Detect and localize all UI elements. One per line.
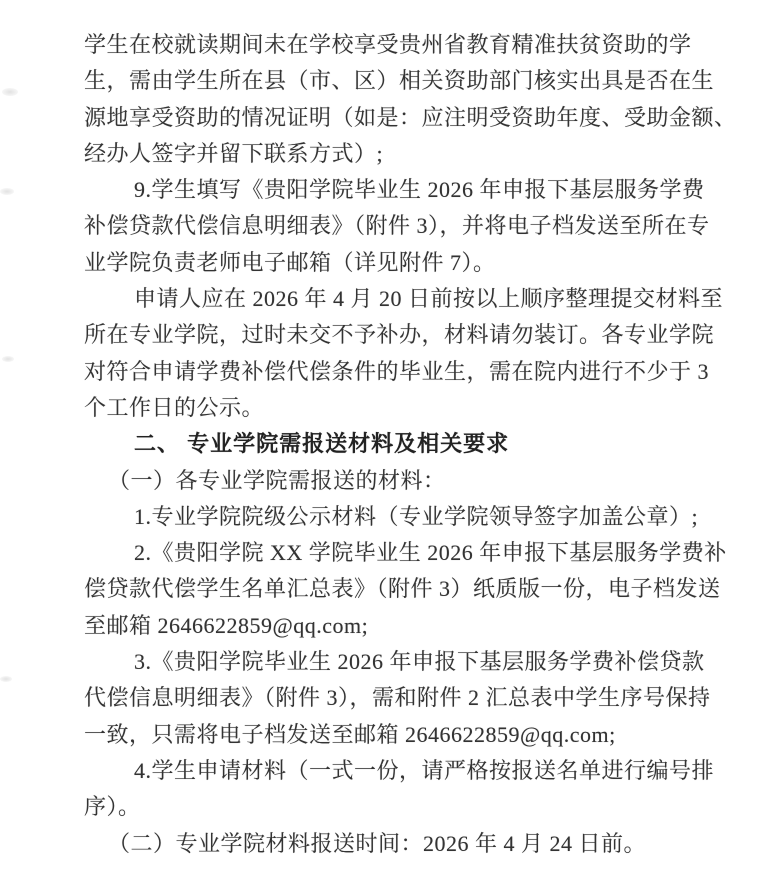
text-line: 学生在校就读期间未在学校享受贵州省教育精准扶贫资助的学 — [84, 27, 696, 63]
text-line: 个工作日的公示。 — [84, 390, 696, 426]
text-line: 偿贷款代偿学生名单汇总表》（附件 3）纸质版一份，电子档发送 — [84, 571, 696, 607]
email-line: 一致，只需将电子档发送至邮箱 2646622859@qq.com; — [84, 717, 696, 753]
list-item-2-start: 2.《贵阳学院 XX 学院毕业生 2026 年申报下基层服务学费补 — [84, 535, 696, 571]
scan-artifact — [0, 188, 14, 195]
text-line: 生，需由学生所在县（市、区）相关资助部门核实出具是否在生 — [84, 63, 696, 99]
email-line: 至邮箱 2646622859@qq.com; — [84, 608, 696, 644]
list-item-3-start: 3.《贵阳学院毕业生 2026 年申报下基层服务学费补偿贷款 — [84, 644, 696, 680]
list-item-1-start: 1.专业学院院级公示材料（专业学院领导签字加盖公章）; — [84, 499, 696, 535]
text-line: 业学院负责老师电子邮箱（详见附件 7）。 — [84, 245, 696, 281]
section-heading: 二、 专业学院需报送材料及相关要求 — [84, 426, 696, 462]
text-line: 源地享受资助的情况证明（如是：应注明受资助年度、受助金额、 — [84, 100, 696, 136]
subsection-2-start: （二）专业学院材料报送时间：2026 年 4 月 24 日前。 — [84, 826, 696, 862]
scan-artifact — [2, 88, 18, 96]
subsection-1-start: （一）各专业学院需报送的材料： — [84, 463, 696, 499]
text-line: 代偿信息明细表》（附件 3），需和附件 2 汇总表中学生序号保持 — [84, 680, 696, 716]
text-line: 对符合申请学费补偿代偿条件的毕业生，需在院内进行不少于 3 — [84, 354, 696, 390]
text-line: 经办人签字并留下联系方式）; — [84, 136, 696, 172]
list-item-4-start: 4.学生申请材料（一式一份，请严格按报送名单进行编号排 — [84, 753, 696, 789]
text-line: 所在专业学院，过时未交不予补办，材料请勿装订。各专业学院 — [84, 317, 696, 353]
list-item-9-start: 9.学生填写《贵阳学院毕业生 2026 年申报下基层服务学费 — [84, 172, 696, 208]
paragraph-start: 申请人应在 2026 年 4 月 20 日前按以上顺序整理提交材料至 — [84, 281, 696, 317]
scanned-document-page: 学生在校就读期间未在学校享受贵州省教育精准扶贫资助的学 生，需由学生所在县（市、… — [0, 0, 778, 893]
document-body: 学生在校就读期间未在学校享受贵州省教育精准扶贫资助的学 生，需由学生所在县（市、… — [84, 27, 696, 862]
text-line: 序）。 — [84, 789, 696, 825]
scan-artifact — [2, 356, 14, 362]
text-line: 补偿贷款代偿信息明细表》（附件 3），并将电子档发送至所在专 — [84, 208, 696, 244]
scan-artifact — [0, 676, 12, 682]
